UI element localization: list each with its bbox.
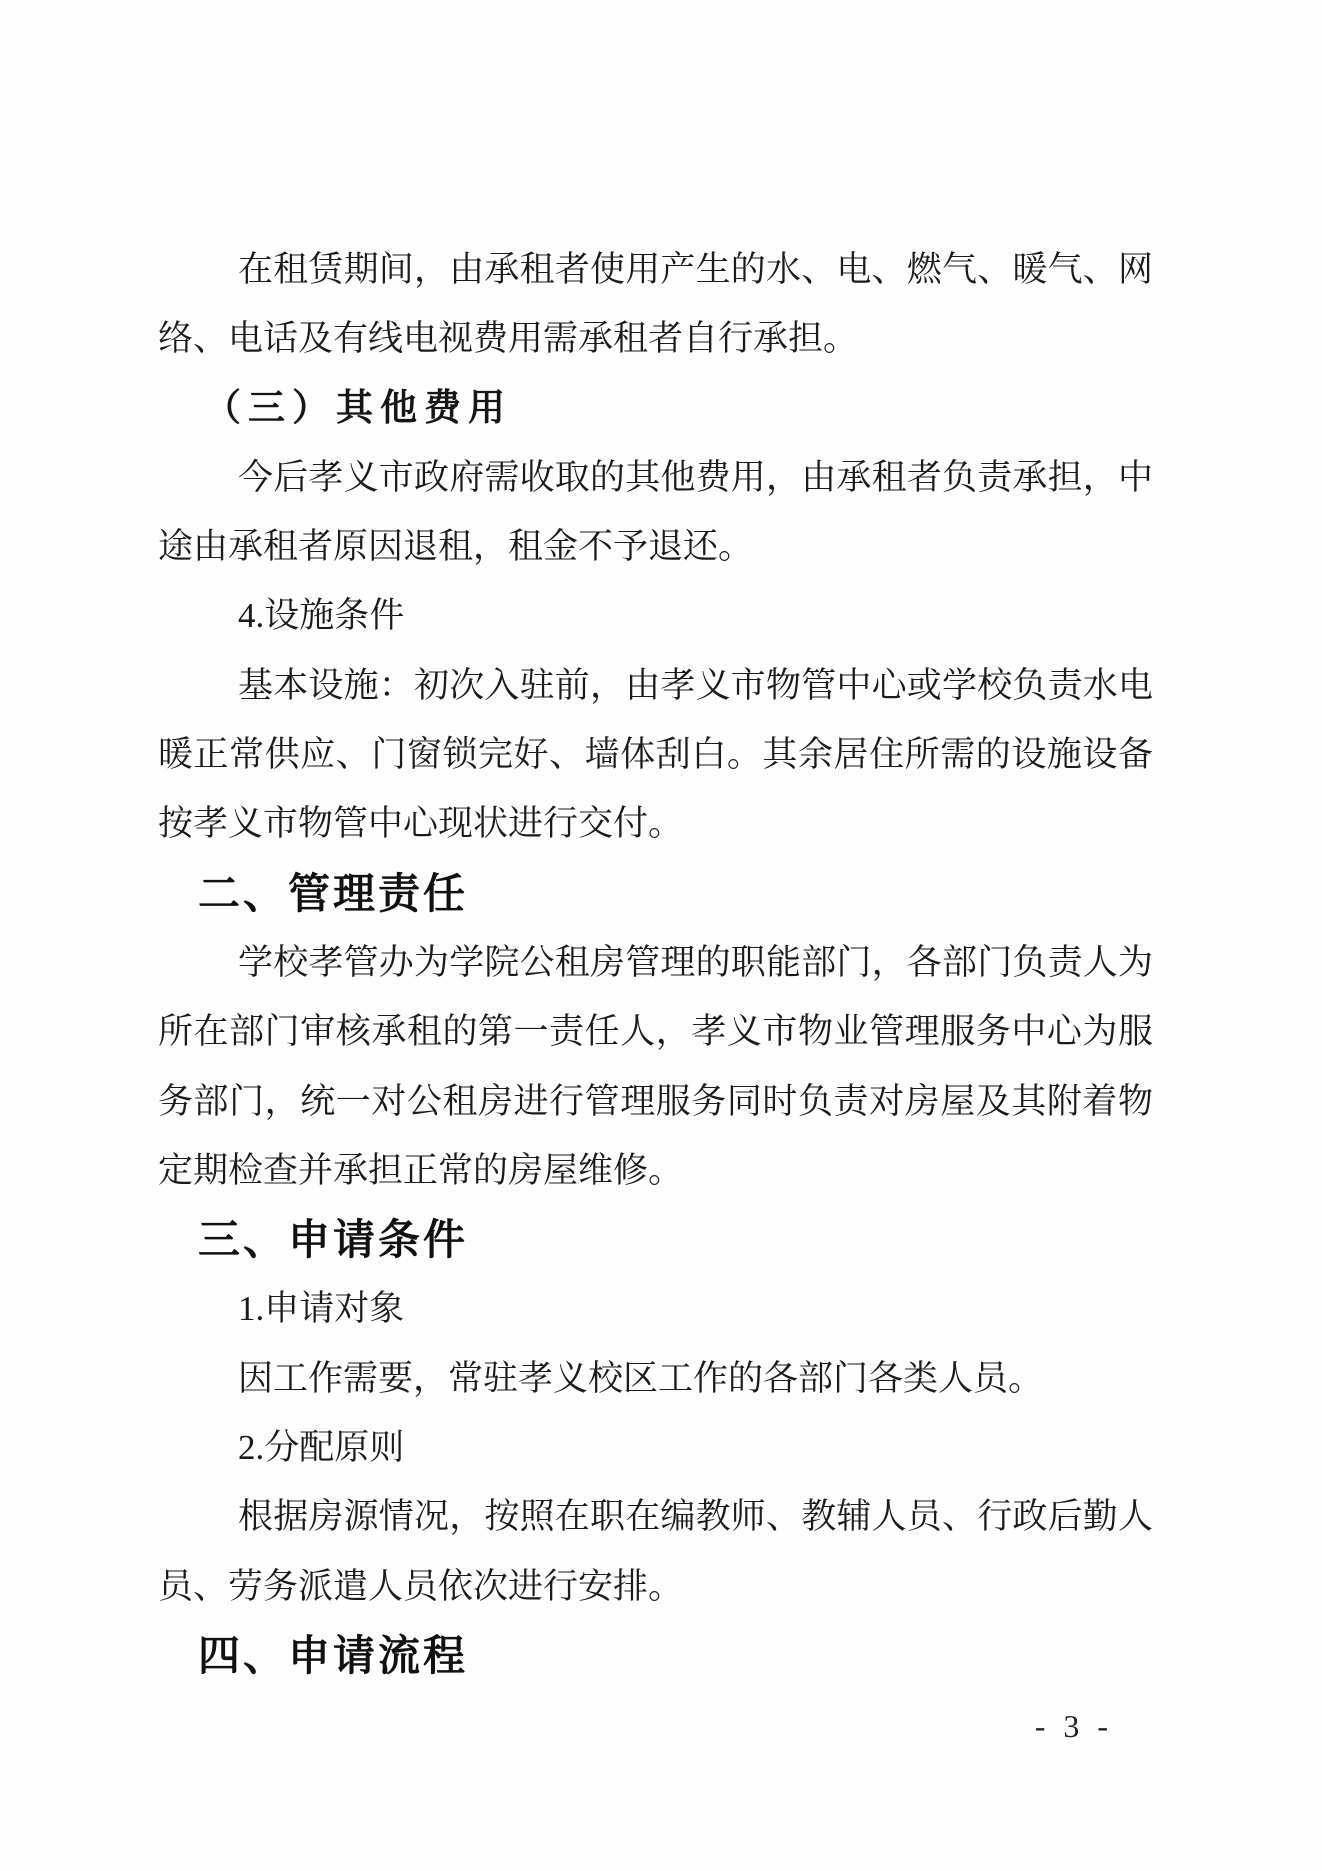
page-number: - 3 -: [158, 1706, 1153, 1746]
paragraph-line: 暖正常供应、门窗锁完好、墙体刮白。其余居住所需的设施设备: [158, 720, 1153, 789]
section-heading: 三、申请条件: [158, 1205, 1153, 1274]
paragraph-line: 学校孝管办为学院公租房管理的职能部门，各部门负责人为: [158, 928, 1153, 997]
numbered-item: 1.申请对象: [158, 1274, 1153, 1343]
paragraph-line: 务部门，统一对公租房进行管理服务同时负责对房屋及其附着物: [158, 1067, 1153, 1136]
section-heading: 二、管理责任: [158, 859, 1153, 928]
document-page: 在租赁期间，由承租者使用产生的水、电、燃气、暖气、网 络、电话及有线电视费用需承…: [0, 0, 1322, 1871]
paragraph-line: 按孝义市物管中心现状进行交付。: [158, 789, 1153, 858]
section-heading: 四、申请流程: [158, 1621, 1153, 1690]
document-text-block: 在租赁期间，由承租者使用产生的水、电、燃气、暖气、网 络、电话及有线电视费用需承…: [158, 235, 1153, 1746]
paragraph-line: 在租赁期间，由承租者使用产生的水、电、燃气、暖气、网: [158, 235, 1153, 304]
paragraph-line: 途由承租者原因退租，租金不予退还。: [158, 512, 1153, 581]
paragraph-line: 定期检查并承担正常的房屋维修。: [158, 1136, 1153, 1205]
paragraph-line: 络、电话及有线电视费用需承租者自行承担。: [158, 304, 1153, 373]
numbered-item: 2.分配原则: [158, 1413, 1153, 1482]
paragraph-line: 基本设施：初次入驻前，由孝义市物管中心或学校负责水电: [158, 651, 1153, 720]
numbered-item: 4.设施条件: [158, 581, 1153, 650]
paragraph-line: 根据房源情况，按照在职在编教师、教辅人员、行政后勤人: [158, 1482, 1153, 1551]
paragraph-line: 员、劳务派遣人员依次进行安排。: [158, 1552, 1153, 1621]
sub-section-heading: （三）其他费用: [158, 374, 1153, 443]
paragraph-line: 因工作需要，常驻孝义校区工作的各部门各类人员。: [158, 1344, 1153, 1413]
paragraph-line: 所在部门审核承租的第一责任人，孝义市物业管理服务中心为服: [158, 997, 1153, 1066]
paragraph-line: 今后孝义市政府需收取的其他费用，由承租者负责承担，中: [158, 443, 1153, 512]
